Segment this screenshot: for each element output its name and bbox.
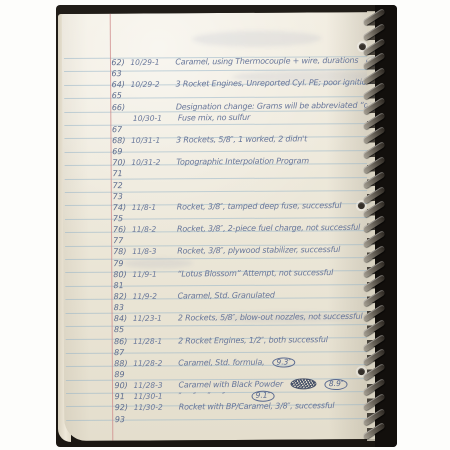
- entry-text: 2 Rockets, 5/8″, blow-out nozzles, not s…: [178, 311, 363, 324]
- entry-number: 70): [112, 157, 131, 168]
- entry-number: 84): [114, 313, 133, 324]
- entry-number: 76): [113, 224, 132, 235]
- entry-date: 11/28-1: [133, 335, 178, 346]
- entry-number: 79: [113, 258, 132, 269]
- entry-number: 89: [114, 369, 133, 380]
- entry-number: 75: [113, 213, 132, 224]
- entry-number: 71: [112, 168, 131, 179]
- entry-text: “Lotus Blossom” Attempt, not successful: [177, 267, 333, 279]
- entry-text: Fuse mix, no sulfur: [178, 112, 250, 124]
- entry-text: 2 Rocket Engines, 1/2″, both successful: [178, 334, 328, 346]
- entry-date: 11/8-3: [132, 246, 177, 257]
- entry-number: 85: [114, 324, 133, 335]
- entry-text: Rocket, 3/8″, 2-piece fuel charge, not s…: [177, 222, 360, 235]
- entry-text: Caramel, using Thermocouple + wire, dura…: [175, 55, 358, 68]
- entry-text: 3 Rocket Engines, Unreported Cyl. PE; po…: [176, 76, 387, 89]
- entry-number: 74): [113, 202, 132, 213]
- entry-number: 86): [114, 335, 133, 346]
- entry-number: 73: [113, 191, 132, 202]
- entry-date: 10/29-1: [130, 57, 175, 68]
- entry-date: 11/9-2: [133, 290, 178, 301]
- entry-date: 11/9-1: [132, 268, 177, 279]
- entry-text: Caramel, Std. formula,: [178, 357, 264, 369]
- entry-number: 65: [112, 90, 131, 101]
- entry-number: 67: [112, 124, 131, 135]
- entry-number: 64): [112, 79, 131, 90]
- entry-date: 11/30-1: [134, 391, 179, 402]
- entry-text: Rocket, 3/8″, tamped deep fuse, successf…: [177, 200, 342, 213]
- entry-number: 88): [114, 358, 133, 369]
- entry-number: 92): [115, 402, 134, 413]
- entry-date: 11/30-2: [134, 402, 179, 413]
- entry-number: 90): [114, 380, 133, 391]
- scratched-out-value: [291, 378, 317, 389]
- entry-number: 62): [111, 57, 130, 68]
- entry-number: 68): [112, 135, 131, 146]
- entry-text: Rocket with BP/Caramel, 3/8″, successful: [179, 400, 335, 412]
- ink-bleedthrough: [192, 30, 322, 47]
- entry-date: 10/30-1: [131, 112, 178, 123]
- entry-number: 80): [113, 269, 132, 280]
- entry-text: ″ ″ ″ ″: [179, 390, 244, 402]
- entry-date: 11/23-1: [133, 313, 178, 324]
- entry-text: Designation change: Grams will be abbrev…: [176, 99, 387, 112]
- entry-text: Caramel, Std. Granulated: [178, 290, 275, 302]
- entry-number: 82): [114, 291, 133, 302]
- entry-number: 78): [113, 246, 132, 257]
- entry-number: 63: [111, 68, 130, 79]
- entry-date: 11/8-1: [132, 201, 177, 212]
- entry-number: 93: [115, 413, 134, 424]
- entry-date: 11/28-3: [133, 380, 178, 391]
- circled-result: 8.9″: [325, 379, 348, 390]
- log-entries: 62)10/29-1Caramel, using Thermocouple + …: [111, 55, 386, 425]
- entry-date: 11/28-2: [133, 357, 178, 368]
- scanned-notebook-photo: 62)10/29-1Caramel, using Thermocouple + …: [0, 0, 450, 450]
- entry-date: 11/8-2: [132, 224, 177, 235]
- entry-text: Caramel with Black Powder: [178, 379, 283, 391]
- entry-number: 83: [114, 302, 133, 313]
- entry-number: 66): [112, 102, 131, 113]
- entry-number: 87: [114, 347, 133, 358]
- entry-text: Rocket, 3/8″, plywood stabilizer, succes…: [177, 244, 340, 257]
- entry-number: 77: [113, 235, 132, 246]
- entry-number: 72: [112, 180, 131, 191]
- entry-date: 10/29-2: [131, 79, 176, 90]
- entry-date: 10/31-2: [131, 157, 176, 168]
- circled-result: 9.3″: [272, 357, 295, 368]
- entry-date: 10/31-1: [131, 135, 176, 146]
- circled-result: 9.1″: [252, 391, 275, 402]
- entry-text: Topographic Interpolation Program: [176, 156, 309, 168]
- entry-text: 3 Rockets, 5/8″, 1 worked, 2 didn't: [176, 133, 307, 145]
- notebook-page: 62)10/29-1Caramel, using Thermocouple + …: [62, 12, 387, 441]
- photo-backdrop: 62)10/29-1Caramel, using Thermocouple + …: [56, 5, 397, 447]
- entry-number: 69: [112, 146, 131, 157]
- entry-number: 81: [113, 280, 132, 291]
- entry-number: 91: [115, 391, 134, 402]
